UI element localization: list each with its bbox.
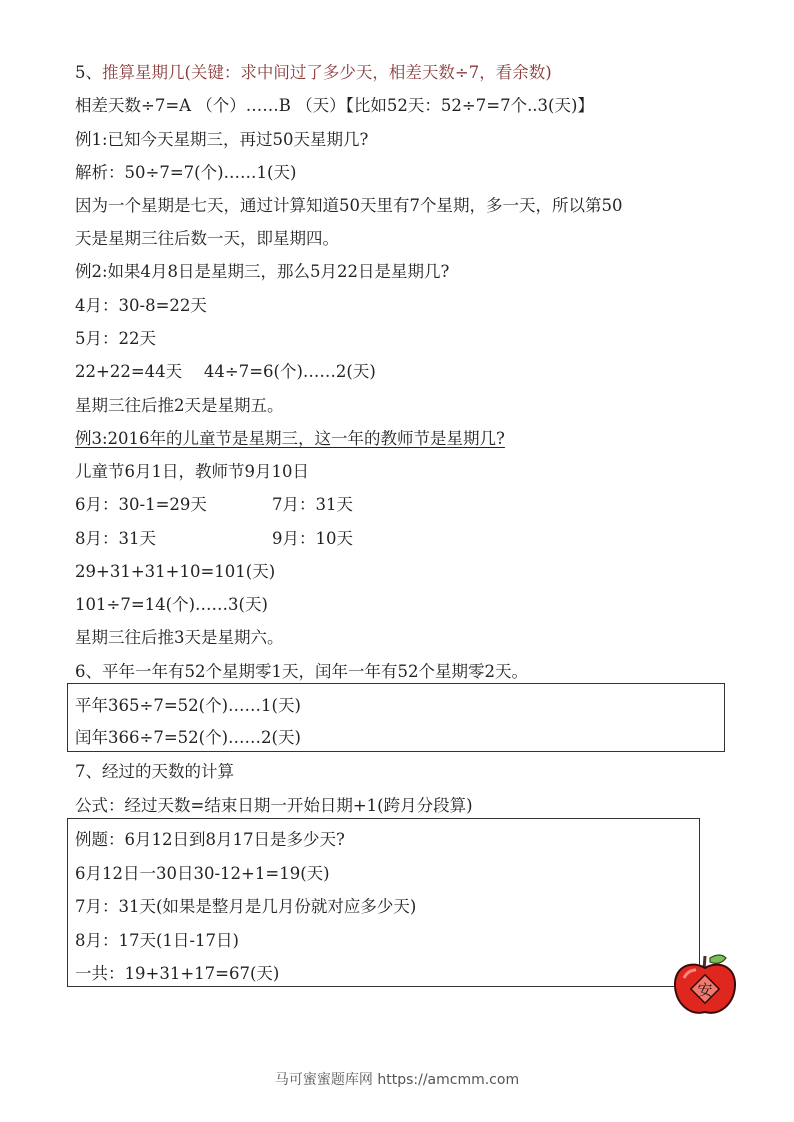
section7-july: 7月：31天(如果是整月是几月份就对应多少天) (75, 896, 416, 918)
example2-answer: 星期三往后推2天是星期五。 (75, 395, 284, 417)
example3-sum: 29+31+31+10=101(天) (75, 561, 275, 583)
example3-june-july-row: 6月：30-1=29天 7月：31天 (75, 494, 475, 516)
apple-character: 安 (697, 981, 712, 999)
example2-question: 例2:如果4月8日是星期三，那么5月22日是星期几? (75, 261, 449, 283)
section5-formula: 相差天数÷7=A （个）……B （天）【比如52天：52÷7=7个..3(天)】 (75, 95, 594, 117)
example3-question: 例3:2016年的儿童节是星期三，这一年的教师节是星期几? (75, 428, 505, 450)
section5-number: 5、 (75, 63, 102, 82)
section5-title: 推算星期几(关键：求中间过了多少天，相差天数÷7，看余数) (102, 63, 552, 82)
example3-august: 8月：31天 (75, 529, 156, 548)
footer-watermark: 马可蜜蜜题库网 https://amcmm.com (0, 1069, 794, 1089)
example3-june: 6月：30-1=29天 (75, 495, 207, 514)
example1-analysis: 解析：50÷7=7(个)……1(天) (75, 162, 296, 184)
section5-heading: 5、推算星期几(关键：求中间过了多少天，相差天数÷7，看余数) (75, 62, 552, 84)
example3-division: 101÷7=14(个)……3(天) (75, 594, 268, 616)
example1-explanation-line1: 因为一个星期是七天，通过计算知道50天里有7个星期，多一天，所以第50 (75, 195, 623, 217)
example3-july: 7月：31天 (272, 494, 353, 516)
example1-explanation-line2: 天是星期三往后数一天，即星期四。 (75, 228, 339, 250)
example2-may: 5月：22天 (75, 328, 156, 350)
section6-leap-year: 闰年366÷7=52(个)……2(天) (75, 727, 301, 749)
section7-formula: 公式：经过天数=结束日期一开始日期+1(跨月分段算) (75, 795, 473, 817)
example1-question: 例1:已知今天星期三，再过50天星期几? (75, 129, 368, 151)
section7-august: 8月：17天(1日-17日) (75, 930, 239, 952)
section6-common-year: 平年365÷7=52(个)……1(天) (75, 695, 301, 717)
example3-september: 9月：10天 (272, 528, 353, 550)
section7-total: 一共：19+31+17=67(天) (75, 963, 279, 985)
section7-title: 7、经过的天数的计算 (75, 761, 234, 783)
example2-april: 4月：30-8=22天 (75, 295, 207, 317)
section6-title: 6、平年一年有52个星期零1天，闰年一年有52个星期零2天。 (75, 661, 528, 683)
section7-question: 例题：6月12日到8月17日是多少天? (75, 829, 345, 851)
example3-dates: 儿童节6月1日，教师节9月10日 (75, 461, 309, 483)
section7-june: 6月12日一30日30-12+1=19(天) (75, 863, 330, 885)
apple-icon: 安 (670, 948, 740, 1018)
example3-aug-sep-row: 8月：31天 9月：10天 (75, 528, 475, 550)
example2-calculation: 22+22=44天 44÷7=6(个)……2(天) (75, 361, 376, 383)
example3-answer: 星期三往后推3天是星期六。 (75, 627, 284, 649)
